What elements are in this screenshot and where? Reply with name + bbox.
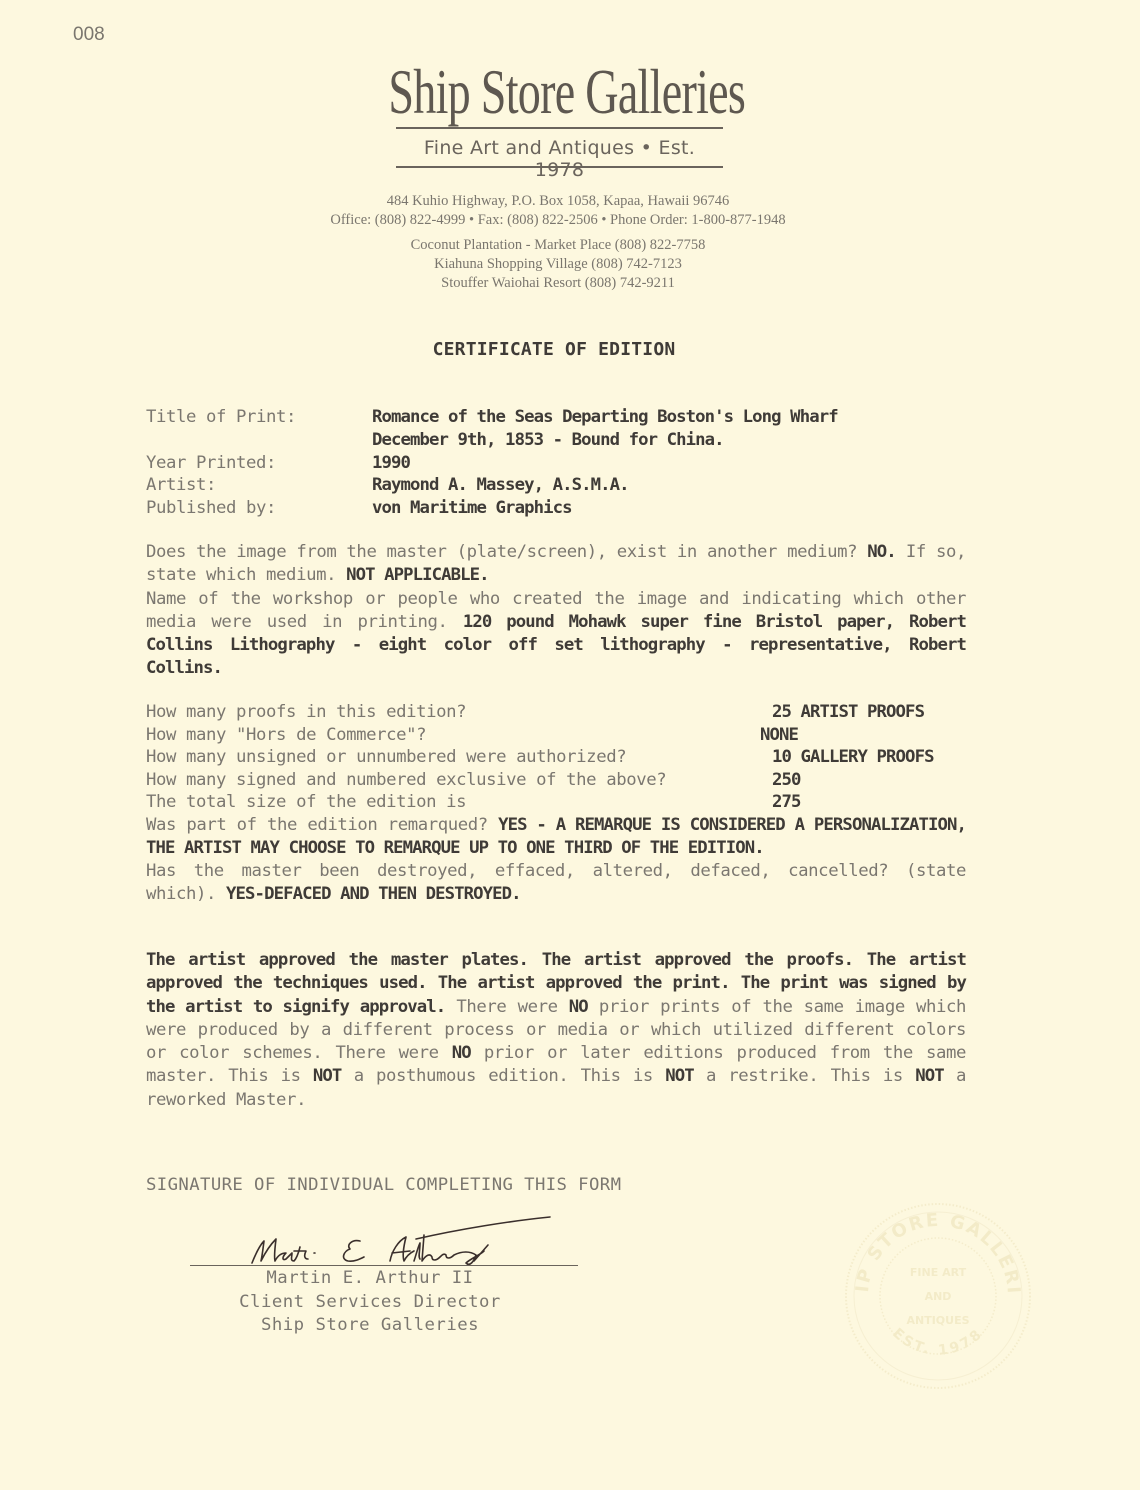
svg-text:SHIP STORE GALLERIES: SHIP STORE GALLERIES: [838, 1196, 1024, 1296]
location-line: Kiahuna Shopping Village (808) 742-7123: [0, 255, 1116, 274]
field-label: Published by:: [146, 497, 372, 520]
edition-answer: 250: [772, 769, 801, 792]
field-title-cont: December 9th, 1853 - Bound for China.: [146, 429, 966, 452]
approval-text: a posthumous edition. This is: [341, 1066, 665, 1086]
certificate-title: CERTIFICATE OF EDITION: [0, 339, 1108, 360]
brand-rule-top: [396, 127, 723, 129]
brand-tagline: Fine Art and Antiques • Est. 1978: [396, 137, 723, 181]
master-answer: YES-DEFACED AND THEN DESTROYED.: [226, 884, 521, 904]
approval-emphasis: NOT: [915, 1066, 944, 1086]
remarque-row: Was part of the edition remarqued? YES -…: [146, 814, 966, 861]
approval-emphasis: NOT: [665, 1066, 694, 1086]
approval-emphasis: NOT: [313, 1066, 342, 1086]
field-publisher: Published by: von Maritime Graphics: [146, 497, 966, 520]
edition-row: How many signed and numbered exclusive o…: [146, 769, 966, 792]
field-year: Year Printed: 1990: [146, 452, 966, 475]
letterhead: Ship Store Galleries: [0, 58, 1140, 126]
field-label: Year Printed:: [146, 452, 372, 475]
address-block: 484 Kuhio Highway, P.O. Box 1058, Kapaa,…: [0, 192, 1116, 293]
edition-question: How many proofs in this edition?: [146, 701, 772, 724]
signature-heading: SIGNATURE OF INDIVIDUAL COMPLETING THIS …: [146, 1175, 621, 1195]
page-number: 008: [73, 24, 105, 46]
edition-row: How many proofs in this edition? 25 ARTI…: [146, 701, 966, 724]
approval-text: a restrike. This is: [694, 1066, 915, 1086]
edition-section: How many proofs in this edition? 25 ARTI…: [146, 701, 966, 907]
edition-row: The total size of the edition is 275: [146, 791, 966, 814]
edition-question: How many unsigned or unnumbered were aut…: [146, 746, 772, 769]
contact-line: Office: (808) 822-4999 • Fax: (808) 822-…: [0, 211, 1116, 230]
approval-text: There were: [445, 997, 569, 1017]
medium-section: Does the image from the master (plate/sc…: [146, 541, 966, 681]
seal-outer-text: SHIP STORE GALLERIES: [838, 1196, 1024, 1296]
signer-name: Martin E. Arthur II: [200, 1267, 540, 1291]
remarque-question: Was part of the edition remarqued?: [146, 815, 498, 835]
field-title: Title of Print: Romance of the Seas Depa…: [146, 406, 966, 429]
medium-answer: NO.: [867, 542, 896, 562]
approval-emphasis: NO: [569, 997, 588, 1017]
field-label: Artist:: [146, 474, 372, 497]
signer-info: Martin E. Arthur II Client Services Dire…: [200, 1267, 540, 1338]
field-artist: Artist: Raymond A. Massey, A.S.M.A.: [146, 474, 966, 497]
edition-question: How many "Hors de Commerce"?: [146, 724, 760, 747]
master-row: Has the master been destroyed, effaced, …: [146, 860, 966, 907]
field-value: December 9th, 1853 - Bound for China.: [372, 429, 966, 452]
location-line: Stouffer Waiohai Resort (808) 742-9211: [0, 274, 1116, 293]
seal-inner-line: ANTIQUES: [906, 1314, 969, 1327]
svg-text:EST. 1978: EST. 1978: [889, 1325, 987, 1358]
edition-answer: 10 GALLERY PROOFS: [772, 746, 934, 769]
embossed-seal-icon: SHIP STORE GALLERIES EST. 1978 FINE ART …: [838, 1196, 1038, 1396]
signer-title: Client Services Director: [200, 1291, 540, 1315]
brand-name: Ship Store Galleries: [389, 58, 746, 126]
edition-question: How many signed and numbered exclusive o…: [146, 769, 772, 792]
print-details: Title of Print: Romance of the Seas Depa…: [146, 406, 966, 520]
handwritten-signature: [230, 1215, 560, 1275]
approval-emphasis: NO: [452, 1043, 471, 1063]
signer-company: Ship Store Galleries: [200, 1314, 540, 1338]
medium-followup-answer: NOT APPLICABLE.: [346, 565, 489, 585]
signature-line: [190, 1265, 578, 1266]
location-line: Coconut Plantation - Market Place (808) …: [0, 236, 1116, 255]
field-value: 1990: [372, 452, 966, 475]
edition-answer: 275: [772, 791, 801, 814]
field-value: Raymond A. Massey, A.S.M.A.: [372, 474, 966, 497]
field-value: Romance of the Seas Departing Boston's L…: [372, 406, 966, 429]
edition-row: How many "Hors de Commerce"? NONE: [146, 724, 966, 747]
approval-section: The artist approved the master plates. T…: [146, 949, 966, 1112]
seal-bottom-text: EST. 1978: [889, 1325, 987, 1358]
medium-question: Does the image from the master (plate/sc…: [146, 542, 857, 562]
brand-rule-bottom: [396, 166, 723, 168]
address-line: 484 Kuhio Highway, P.O. Box 1058, Kapaa,…: [0, 192, 1116, 211]
edition-row: How many unsigned or unnumbered were aut…: [146, 746, 966, 769]
edition-answer: NONE: [760, 724, 798, 747]
edition-question: The total size of the edition is: [146, 791, 772, 814]
seal-inner-line: FINE ART: [910, 1266, 967, 1279]
field-label: Title of Print:: [146, 406, 372, 429]
edition-answer: 25 ARTIST PROOFS: [772, 701, 924, 724]
seal-inner-line: AND: [925, 1290, 952, 1303]
field-value: von Maritime Graphics: [372, 497, 966, 520]
